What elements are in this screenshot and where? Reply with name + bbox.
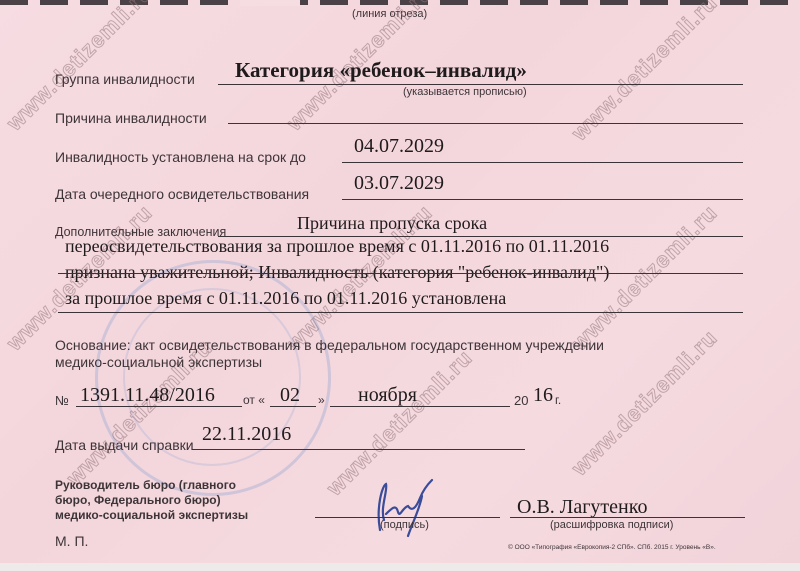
page-edge	[0, 563, 800, 571]
next-examination-value: 03.07.2029	[354, 172, 444, 195]
signer-name-caption: (расшифровка подписи)	[550, 519, 673, 531]
issue-date-label: Дата выдачи справки	[55, 437, 194, 453]
head-title-line3: медико-социальной экспертизы	[55, 508, 248, 522]
act-year-unit: г.	[555, 393, 561, 407]
conclusion-line: Причина пропуска срока	[297, 213, 487, 234]
head-title-line1: Руководитель бюро (главного	[55, 478, 236, 492]
act-month-value: ноября	[358, 384, 417, 407]
head-title-line2: бюро, Федерального бюро)	[55, 493, 221, 507]
act-day-value: 02	[280, 384, 300, 407]
disability-cause-label: Причина инвалидности	[55, 110, 207, 126]
conclusion-line: за прошлое время с 01.11.2016 по 01.11.2…	[65, 288, 506, 309]
signer-name: О.В. Лагутенко	[517, 496, 647, 519]
watermark: www.detizemli.ru	[567, 0, 723, 146]
disability-group-label: Группа инвалидности	[55, 71, 195, 87]
seal-place-label: М. П.	[55, 533, 88, 549]
disability-group-hint: (указывается прописью)	[403, 86, 527, 98]
printer-note: © ООО «Типография «Еврокопия-2 СПб». СПб…	[508, 544, 716, 551]
act-year-prefix: 20	[514, 393, 528, 408]
act-number-label: №	[55, 393, 69, 408]
act-from-label: от «	[243, 393, 265, 407]
established-until-value: 04.07.2029	[354, 135, 444, 158]
basis-text-line2: медико-социальной экспертизы	[55, 354, 262, 370]
act-day-close: »	[318, 393, 325, 407]
cut-line-gap	[240, 0, 300, 6]
signature-caption: (подпись)	[380, 519, 429, 531]
established-until-label: Инвалидность установлена на срок до	[55, 149, 306, 165]
act-number-value: 1391.11.48/2016	[80, 384, 215, 407]
issue-date-value: 22.11.2016	[202, 423, 291, 446]
act-year-suffix: 16	[533, 384, 553, 407]
basis-text-line1: Основание: акт освидетельствования в фед…	[55, 337, 604, 353]
next-examination-label: Дата очередного освидетельствования	[55, 186, 309, 202]
disability-group-value: Категория «ребенок–инвалид»	[235, 58, 527, 83]
conclusion-line: переосвидетельствования за прошлое время…	[65, 236, 609, 257]
